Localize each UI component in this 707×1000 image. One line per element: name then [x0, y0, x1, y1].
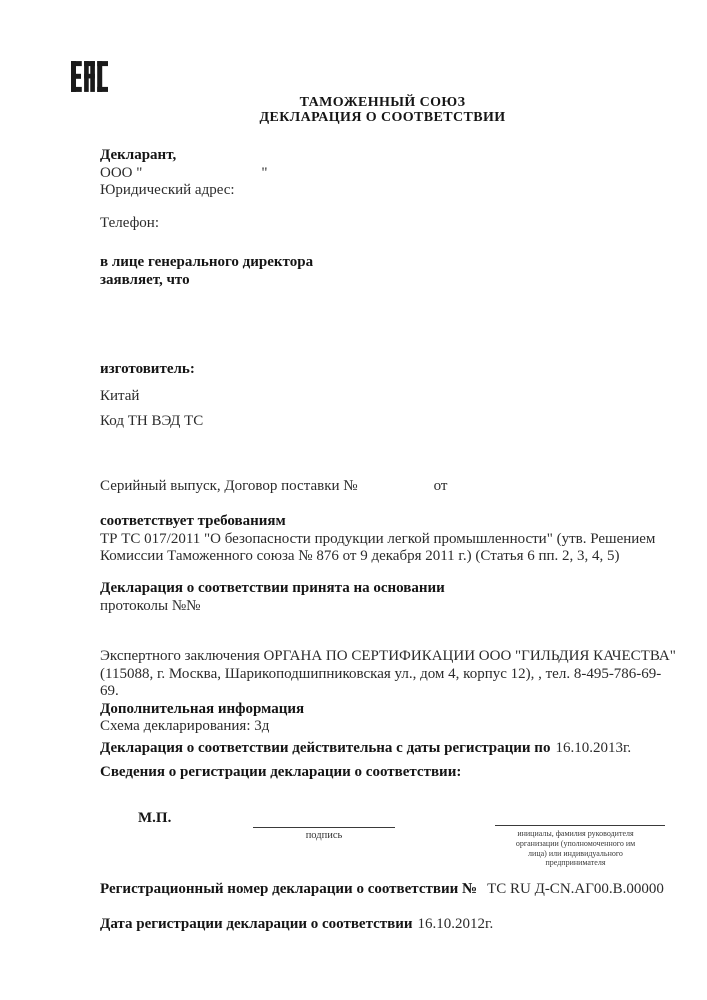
head-caption-line-4: предпринимателя	[473, 858, 678, 868]
manufacturer-label: изготовитель:	[100, 361, 195, 378]
phone-label: Телефон:	[100, 215, 159, 232]
signature-line	[253, 827, 395, 828]
registration-number-value: ТС RU Д-CN.АГ00.В.00000	[487, 881, 664, 897]
head-name-caption: инициалы, фамилия руководителя организац…	[473, 829, 678, 868]
manufacturer-country: Китай	[100, 388, 139, 405]
requirements-line-1: ТР ТС 017/2011 "О безопасности продукции…	[100, 531, 655, 549]
basis-label: Декларация о соответствии принята на осн…	[100, 580, 445, 598]
title-line-declaration: ДЕКЛАРАЦИЯ О СООТВЕТСТВИИ	[100, 111, 665, 126]
title-line-customs-union: ТАМОЖЕННЫЙ СОЮЗ	[100, 96, 665, 111]
head-caption-line-1: инициалы, фамилия руководителя	[473, 829, 678, 839]
registration-date-value: 16.10.2012г.	[418, 916, 494, 932]
registration-date-label: Дата регистрации декларации о соответств…	[100, 916, 413, 932]
director-line: в лице генерального директора	[100, 254, 313, 272]
serial-supply-line: Серийный выпуск, Договор поставки №от	[100, 478, 447, 495]
expert-conclusion-block: Экспертного заключения ОРГАНА ПО СЕРТИФИ…	[100, 648, 676, 736]
expert-line-1: Экспертного заключения ОРГАНА ПО СЕРТИФИ…	[100, 648, 676, 666]
registration-date-line: Дата регистрации декларации о соответств…	[100, 916, 493, 933]
requirements-line-2: Комиссии Таможенного союза № 876 от 9 де…	[100, 548, 655, 566]
contract-from-text: от	[434, 478, 448, 494]
registration-number-line: Регистрационный номер декларации о соотв…	[100, 881, 664, 898]
requirements-block: соответствует требованиям ТР ТС 017/2011…	[100, 513, 655, 566]
head-caption-line-2: организации (уполномоченного им	[473, 839, 678, 849]
company-close-quote: "	[261, 165, 267, 181]
signature-caption: подпись	[253, 830, 395, 841]
eac-mark-icon	[71, 61, 108, 92]
registration-number-label: Регистрационный номер декларации о соотв…	[100, 881, 477, 897]
serial-supply-text: Серийный выпуск, Договор поставки №	[100, 478, 358, 494]
validity-label: Декларация о соответствии действительна …	[100, 740, 550, 756]
expert-line-3: 69.	[100, 683, 676, 701]
basis-block: Декларация о соответствии принята на осн…	[100, 580, 445, 615]
head-caption-line-3: лица) или индивидуального	[473, 849, 678, 859]
declaration-document-page: ТАМОЖЕННЫЙ СОЮЗ ДЕКЛАРАЦИЯ О СООТВЕТСТВИ…	[0, 0, 707, 1000]
protocols-label: протоколы №№	[100, 598, 445, 616]
registration-info-label: Сведения о регистрации декларации о соот…	[100, 764, 461, 781]
stamp-place-label: М.П.	[138, 810, 171, 827]
validity-date: 16.10.2013г.	[555, 740, 631, 756]
tn-ved-code-label: Код ТН ВЭД ТС	[100, 413, 203, 430]
validity-line: Декларация о соответствии действительна …	[100, 740, 631, 757]
requirements-label: соответствует требованиям	[100, 513, 655, 531]
expert-line-2: (115088, г. Москва, Шарикоподшипниковска…	[100, 666, 676, 684]
declaration-scheme-line: Схема декларирования: 3д	[100, 718, 676, 736]
legal-address-label: Юридический адрес:	[100, 182, 268, 200]
document-title: ТАМОЖЕННЫЙ СОЮЗ ДЕКЛАРАЦИЯ О СООТВЕТСТВИ…	[100, 96, 665, 126]
company-prefix: ООО "	[100, 165, 142, 181]
declares-line: заявляет, что	[100, 272, 313, 290]
declarant-block: Декларант, ООО "" Юридический адрес:	[100, 147, 268, 200]
declarant-company-line: ООО ""	[100, 165, 268, 183]
head-name-line	[495, 825, 665, 826]
declarant-label: Декларант,	[100, 147, 268, 165]
director-block: в лице генерального директора заявляет, …	[100, 254, 313, 289]
additional-info-label: Дополнительная информация	[100, 701, 676, 719]
